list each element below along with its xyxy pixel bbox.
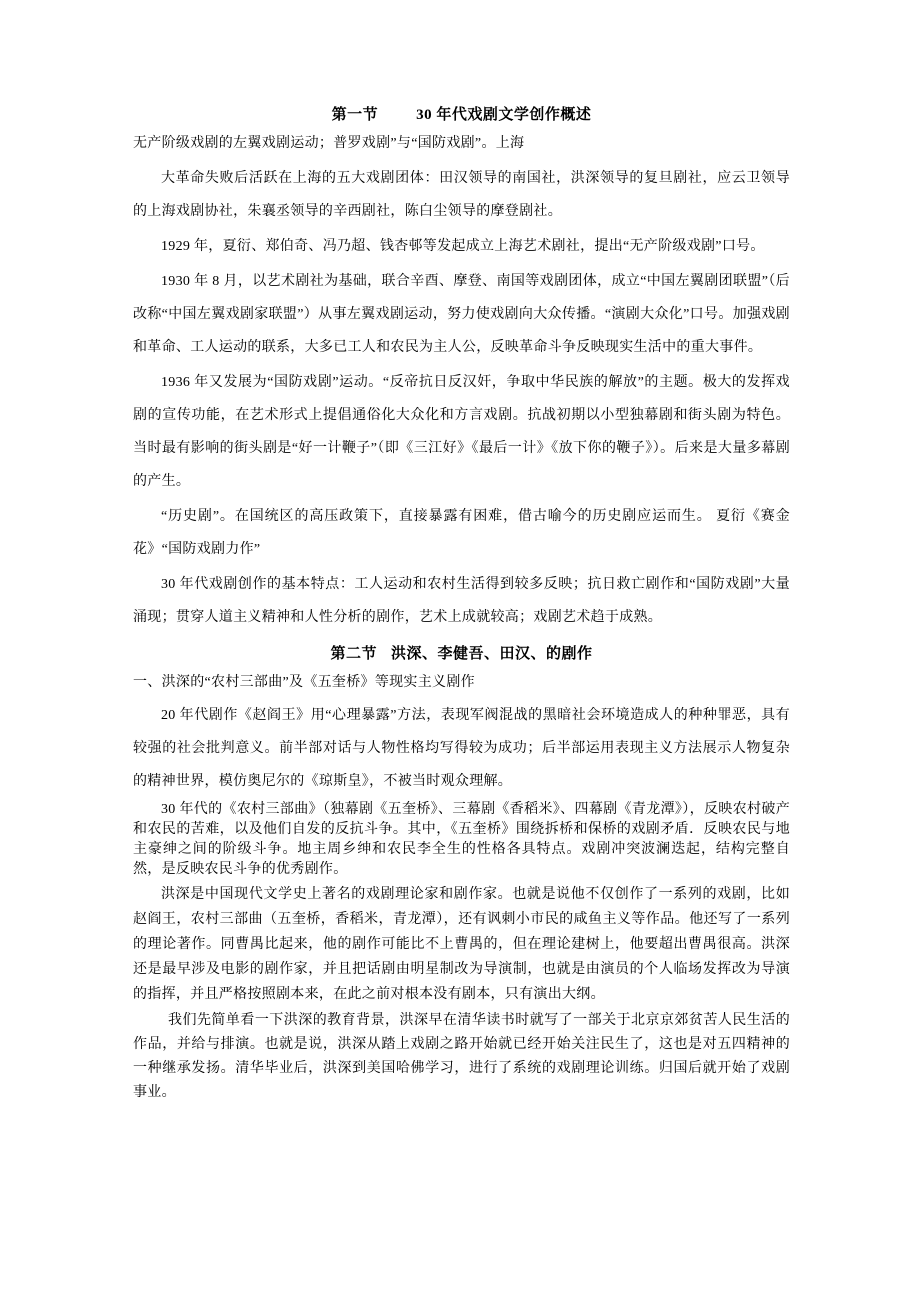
document-page: 第一节30 年代戏剧文学创作概述 无产阶级戏剧的左翼戏剧运动；普罗戏剧”与“国防… [0,0,920,1302]
section2-subheading: 一、洪深的“农村三部曲”及《五奎桥》等现实主义剧作 [133,666,790,699]
paragraph-1929: 1929 年，夏衍、郑伯奇、冯乃超、钱杏邨等发起成立上海艺术剧社，提出“无产阶级… [133,230,790,263]
paragraph-basic-features: 30 年代戏剧创作的基本特点：工人运动和农村生活得到较多反映；抗日救亡剧作和“国… [133,568,790,634]
section2-heading-label: 第二节 [330,646,377,662]
paragraph-hongshen-theorist: 洪深是中国现代文学史上著名的戏剧理论家和剧作家。也就是说他不仅创作了一系列的戏剧… [133,882,790,1007]
paragraph-hongshen-education: 我们先简单看一下洪深的教育背景，洪深早在清华读书时就写了一部关于北京京郊贫苦人民… [133,1009,790,1105]
section1-heading-label: 第一节 [332,107,379,123]
paragraph-zhaoyanwang: 20 年代剧作《赵阎王》用“心理暴露”方法，表现军阀混战的黑暗社会环境造成人的种… [133,699,790,798]
paragraph-1930: 1930 年 8 月，以艺术剧社为基础，联合辛酉、摩登、南国等戏剧团体，成立“中… [133,265,790,364]
section2-heading: 第二节洪深、李健吾、田汉、的剧作 [133,642,790,666]
paragraph-1936: 1936 年又发展为“国防戏剧”运动。“反帝抗日反汉奸，争取中华民族的解放”的主… [133,366,790,498]
paragraph-rural-trilogy: 30 年代的《农村三部曲》（独幕剧《五奎桥》、三幕剧《香稻米》、四幕剧《青龙潭》… [133,800,790,880]
section2-heading-title: 洪深、李健吾、田汉、的剧作 [391,646,593,662]
paragraph-five-troupes: 大革命失败后活跃在上海的五大戏剧团体：田汉领导的南国社，洪深领导的复旦剧社，应云… [133,162,790,228]
paragraph-intro: 无产阶级戏剧的左翼戏剧运动；普罗戏剧”与“国防戏剧”。上海 [133,127,790,160]
section1-heading: 第一节30 年代戏剧文学创作概述 [133,103,790,127]
section1-heading-title: 30 年代戏剧文学创作概述 [416,107,591,123]
paragraph-history-drama: “历史剧”。在国统区的高压政策下，直接暴露有困难，借古喻今的历史剧应运而生。 夏… [133,500,790,566]
